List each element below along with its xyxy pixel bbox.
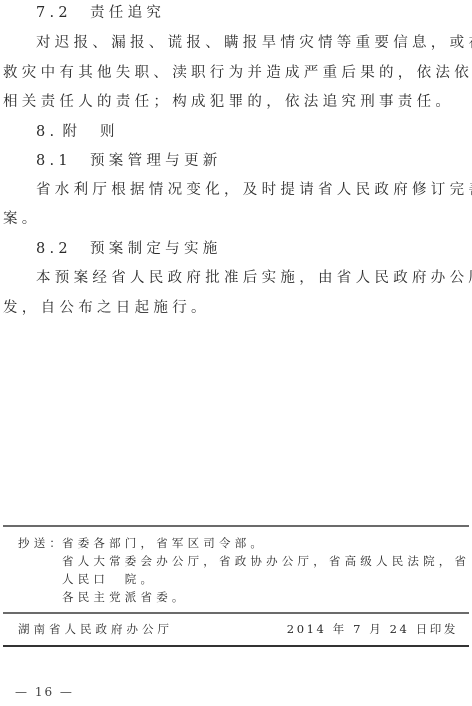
section-number: 8.2 [36,241,72,257]
paragraph-line: 省水利厅根据情况变化，及时提请省人民政府修订完善本预 [36,181,472,199]
paragraph-line: 发，自公布之日起施行。 [3,299,210,317]
section-title: 责任追究 [90,5,165,21]
cc-recipient-line: 省委各部门，省军区司令部。 [62,536,266,551]
section-title: 预案制定与实施 [90,241,222,257]
page-number: — 16 — [15,685,74,700]
paragraph-line: 相关责任人的责任；构成犯罪的，依法追究刑事责任。 [3,93,454,111]
paragraph-line: 案。 [3,210,41,228]
divider-middle [3,612,469,614]
paragraph-line: 本预案经省人民政府批准后实施，由省人民政府办公厅印 [36,269,472,287]
divider-top [3,525,469,527]
cc-label: 抄送： [18,536,65,551]
section-heading-8-1: 8.1预案管理与更新 [36,152,222,170]
section-number: 8.1 [36,153,72,169]
section-number: 7.2 [36,5,72,21]
paragraph-line: 救灾中有其他失职、渎职行为并造成严重后果的，依法依规追究 [3,64,472,82]
section-heading-8: 8.附 则 [36,123,119,141]
cc-recipient-line: 省人大常委会办公厅，省政协办公厅，省高级人民法院，省 [62,554,470,569]
section-heading-8-2: 8.2预案制定与实施 [36,240,222,258]
section-heading-7-2: 7.2责任追究 [36,4,165,22]
cc-recipient-line: 各民主党派省委。 [62,590,188,605]
section-title: 附 则 [62,124,118,140]
issuer-office: 湖南省人民政府办公厅 [18,622,173,637]
cc-recipient-line: 人民口 院。 [62,572,156,587]
divider-bottom [3,645,469,647]
issue-date: 2014 年 7 月 24 日印发 [287,622,458,637]
section-title: 预案管理与更新 [90,153,222,169]
paragraph-line: 对迟报、漏报、谎报、瞒报旱情灾情等重要信息，或在抗旱 [36,34,472,52]
section-number: 8. [36,124,58,140]
